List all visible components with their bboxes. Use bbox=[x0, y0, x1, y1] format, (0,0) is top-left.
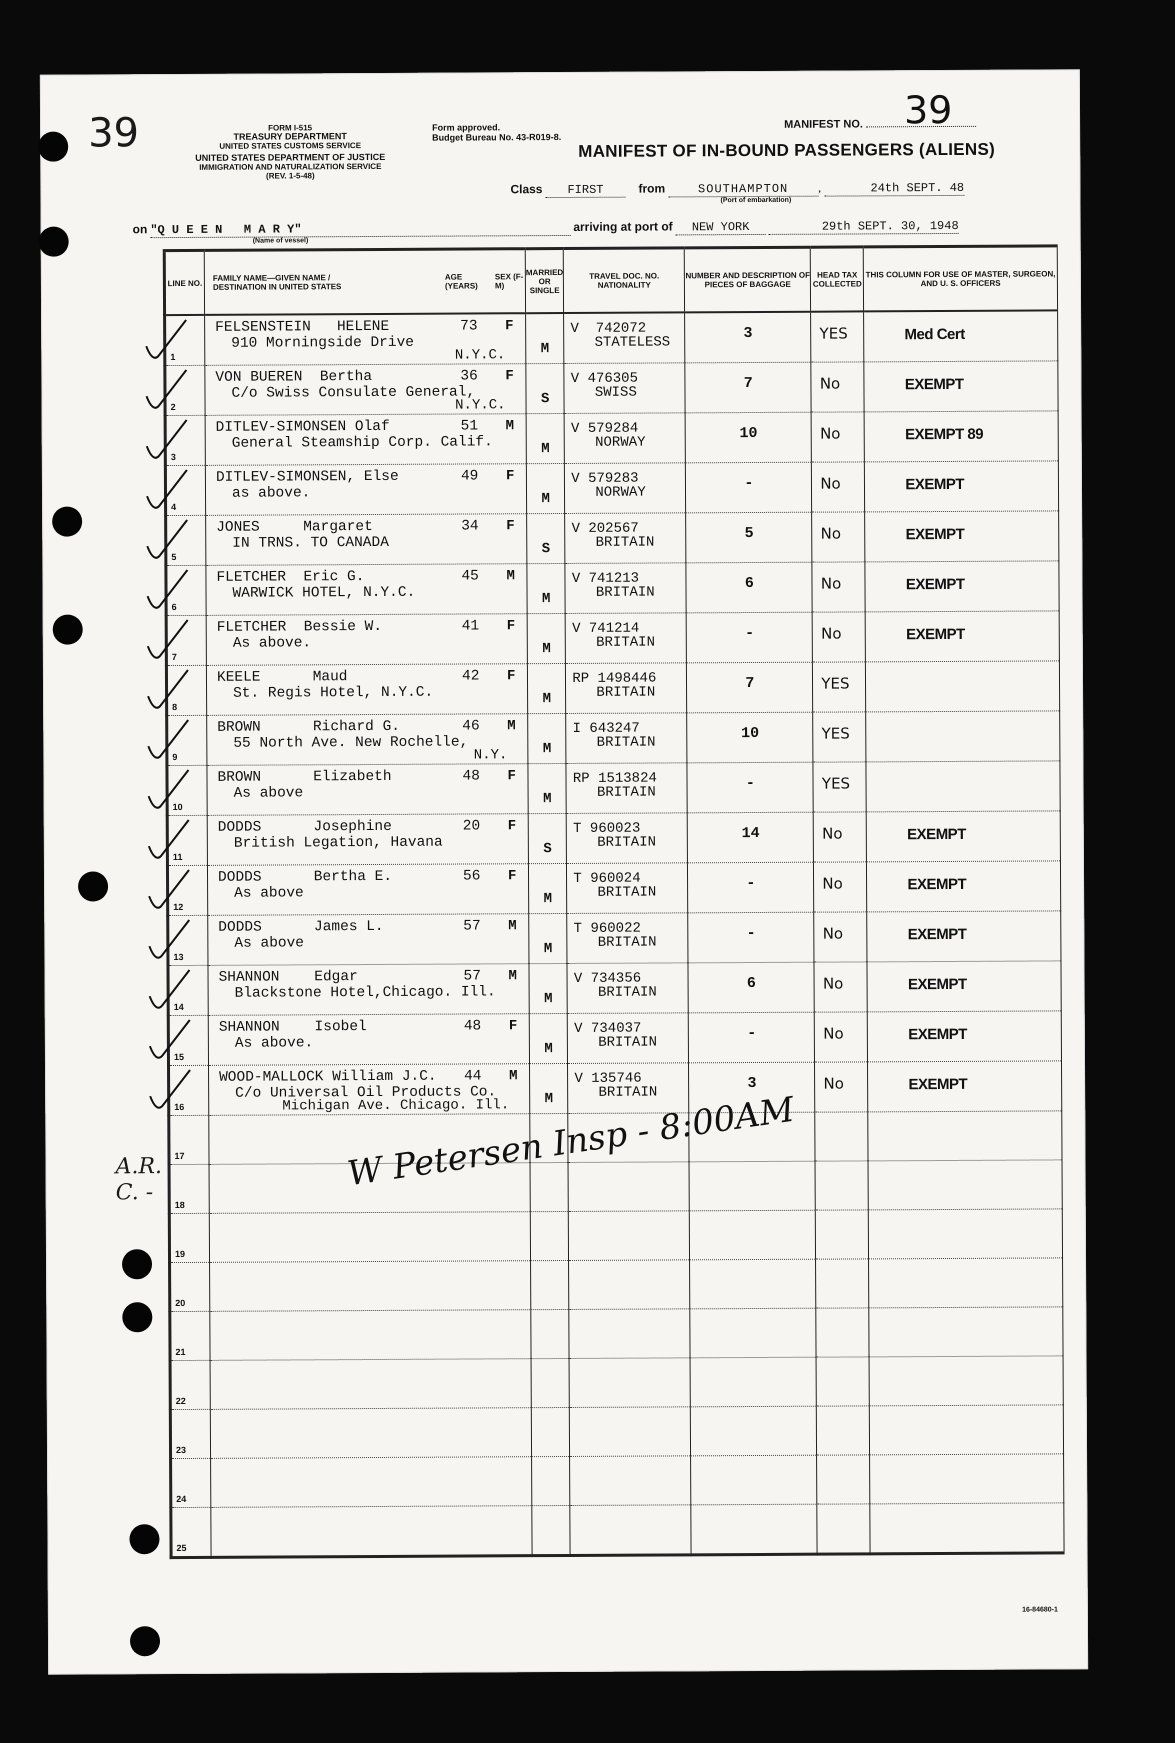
destination: General Steamship Corp. Calif. bbox=[232, 434, 493, 451]
line-number: 22 bbox=[176, 1396, 186, 1406]
line-number: 21 bbox=[175, 1347, 185, 1357]
marital-cell: S bbox=[527, 513, 566, 563]
baggage-count: 6 bbox=[687, 575, 812, 593]
empty-cell bbox=[209, 1212, 530, 1263]
doc-cell: V 742072STATELESS bbox=[564, 312, 685, 363]
head-tax: No bbox=[821, 525, 842, 543]
head-tax: YES bbox=[822, 725, 850, 743]
marital-status: M bbox=[530, 991, 567, 1007]
name-cell: DITLEV-SIMONSEN Olaf51MGeneral Steamship… bbox=[205, 414, 526, 466]
empty-cell bbox=[816, 1259, 869, 1308]
table-row: 7FLETCHER Bessie W.41FAs above.MV 741214… bbox=[166, 611, 1059, 666]
destination: Blackstone Hotel,Chicago. Ill. bbox=[235, 984, 496, 1001]
marital-status: M bbox=[528, 591, 565, 607]
officer-cell bbox=[866, 711, 1060, 762]
passenger-name: DODDS Bertha E. bbox=[218, 869, 392, 886]
line-cell: 22 bbox=[170, 1360, 210, 1409]
table-row: 14SHANNON Edgar57MBlackstone Hotel,Chica… bbox=[168, 961, 1061, 1016]
margin-number: 39 bbox=[88, 110, 139, 156]
name-cell: WOOD-MALLOCK William J.C.44MC/o Universa… bbox=[209, 1064, 530, 1116]
passenger-name: WOOD-MALLOCK William J.C. bbox=[219, 1069, 437, 1086]
baggage-cell: 10 bbox=[685, 412, 811, 463]
empty-cell bbox=[530, 1162, 569, 1211]
doc-cell: I 643247BRITAIN bbox=[566, 713, 687, 764]
baggage-cell: 14 bbox=[688, 812, 814, 863]
destination: As above. bbox=[235, 1035, 313, 1051]
destination: British Legation, Havana bbox=[234, 835, 443, 852]
baggage-cell: - bbox=[686, 462, 812, 513]
head-tax: No bbox=[820, 475, 841, 493]
destination: As above. bbox=[233, 635, 311, 651]
empty-cell bbox=[531, 1358, 570, 1407]
head-tax: No bbox=[823, 1075, 844, 1093]
officer-note: EXEMPT bbox=[905, 376, 964, 393]
officer-cell: EXEMPT bbox=[867, 811, 1061, 862]
officer-note: EXEMPT bbox=[908, 1076, 967, 1093]
tax-cell: YES bbox=[813, 712, 866, 762]
line-cell: 25 bbox=[171, 1507, 211, 1557]
tax-cell: No bbox=[814, 962, 867, 1012]
col-name-label: Family Name—Given Name / Destination in … bbox=[213, 273, 383, 292]
table-row: 5JONES Margaret34FIN TRNS. TO CANADASV 2… bbox=[166, 511, 1059, 566]
sex: M bbox=[506, 568, 514, 584]
empty-cell bbox=[568, 1162, 689, 1212]
passenger-name: DITLEV-SIMONSEN Olaf bbox=[216, 419, 390, 436]
head-tax: No bbox=[821, 575, 842, 593]
nationality: BRITAIN bbox=[598, 1036, 657, 1050]
baggage-cell: - bbox=[689, 1012, 815, 1063]
line-cell: 21 bbox=[170, 1311, 210, 1360]
doc-cell: V 741214BRITAIN bbox=[565, 613, 686, 664]
line-cell: 11 bbox=[167, 815, 207, 865]
name-cell: DODDS James L.57MAs above bbox=[208, 914, 529, 966]
empty-cell bbox=[532, 1505, 571, 1555]
line-number: 13 bbox=[173, 952, 183, 962]
name-cell: KEELE Maud42FSt. Regis Hotel, N.Y.C. bbox=[206, 664, 527, 716]
empty-cell bbox=[530, 1211, 569, 1260]
nationality: BRITAIN bbox=[598, 936, 657, 950]
empty-cell bbox=[532, 1456, 571, 1505]
empty-cell bbox=[690, 1259, 816, 1309]
table-row: 15SHANNON Isobel48FAs above.MV 734037BRI… bbox=[168, 1011, 1061, 1066]
doc-cell: V 476305SWISS bbox=[564, 363, 685, 414]
officer-note: EXEMPT bbox=[908, 976, 967, 993]
line-number: 5 bbox=[171, 552, 176, 562]
baggage-count: 7 bbox=[687, 675, 812, 693]
officer-cell: EXEMPT bbox=[867, 911, 1061, 962]
col-head-tax: Head Tax Collected bbox=[811, 247, 864, 312]
marital-status: M bbox=[528, 641, 565, 657]
line-cell: 17 bbox=[169, 1115, 209, 1164]
marital-cell: M bbox=[527, 613, 566, 663]
baggage-cell: 3 bbox=[685, 312, 811, 363]
line-number: 9 bbox=[172, 752, 177, 762]
line-cell: 10 bbox=[167, 765, 207, 815]
tax-cell: No bbox=[812, 612, 865, 662]
table-row: 9BROWN Richard G.46M55 North Ave. New Ro… bbox=[167, 711, 1060, 766]
empty-cell bbox=[817, 1406, 870, 1455]
line-cell: 13 bbox=[168, 915, 208, 965]
sex: F bbox=[508, 818, 516, 834]
passenger-name: DITLEV-SIMONSEN, Else bbox=[216, 469, 399, 486]
age: 57 bbox=[463, 918, 480, 934]
head-tax: No bbox=[823, 925, 844, 943]
nationality: BRITAIN bbox=[596, 636, 655, 650]
line-cell: 24 bbox=[171, 1458, 211, 1507]
baggage-count: 5 bbox=[687, 525, 812, 543]
officer-cell bbox=[866, 761, 1060, 812]
empty-cell bbox=[569, 1358, 690, 1408]
line-cell: 20 bbox=[170, 1262, 210, 1311]
empty-row: 25 bbox=[171, 1503, 1064, 1558]
destination: as above. bbox=[232, 485, 310, 501]
punch-hole-icon bbox=[52, 507, 82, 537]
baggage-cell: - bbox=[686, 612, 812, 663]
marital-status: M bbox=[529, 791, 566, 807]
officer-note: EXEMPT bbox=[906, 526, 965, 543]
name-cell: FLETCHER Eric G.45MWARWICK HOTEL, N.Y.C. bbox=[206, 564, 527, 616]
head-tax: YES bbox=[819, 325, 847, 343]
revision-label: (Rev. 1-5-48) bbox=[160, 171, 420, 181]
nationality: BRITAIN bbox=[597, 886, 656, 900]
doc-cell: T 960023BRITAIN bbox=[567, 813, 688, 864]
line-number: 6 bbox=[172, 602, 177, 612]
officer-cell bbox=[866, 661, 1060, 712]
line-cell: 23 bbox=[170, 1409, 210, 1458]
punch-hole-icon bbox=[129, 1524, 159, 1554]
departure-date: 24th SEPT. 48 bbox=[824, 181, 964, 197]
sex: M bbox=[507, 718, 515, 734]
empty-cell bbox=[815, 1161, 868, 1210]
arriving-label: arriving at port of bbox=[573, 219, 672, 234]
age: 51 bbox=[461, 418, 478, 434]
tax-cell: YES bbox=[813, 662, 866, 712]
officer-note: EXEMPT bbox=[907, 826, 966, 843]
officer-note: EXEMPT bbox=[905, 476, 964, 493]
sex: F bbox=[505, 368, 513, 384]
doc-cell: V 202567BRITAIN bbox=[565, 513, 686, 564]
punch-hole-icon bbox=[39, 227, 69, 257]
table-row: 8KEELE Maud42FSt. Regis Hotel, N.Y.C.MRP… bbox=[166, 661, 1059, 716]
age: 73 bbox=[460, 318, 477, 334]
sex: F bbox=[506, 518, 514, 534]
nationality: STATELESS bbox=[595, 335, 671, 349]
marital-status: S bbox=[527, 541, 564, 557]
punch-hole-icon bbox=[78, 871, 108, 901]
officer-cell: EXEMPT bbox=[865, 611, 1059, 662]
name-cell: SHANNON Isobel48FAs above. bbox=[208, 1014, 529, 1066]
line-number: 18 bbox=[175, 1200, 185, 1210]
line-number: 19 bbox=[175, 1249, 185, 1259]
line-number: 12 bbox=[173, 902, 183, 912]
empty-cell bbox=[531, 1309, 570, 1358]
table-row: 16WOOD-MALLOCK William J.C.44MC/o Univer… bbox=[169, 1061, 1062, 1116]
line-number: 20 bbox=[175, 1298, 185, 1308]
officer-cell: Med Cert bbox=[864, 310, 1058, 362]
tax-cell: No bbox=[812, 462, 865, 512]
table-row: 11DODDS Josephine20FBritish Legation, Ha… bbox=[167, 811, 1060, 866]
destination: St. Regis Hotel, N.Y.C. bbox=[233, 685, 433, 702]
age: 20 bbox=[463, 818, 480, 834]
marital-status: M bbox=[526, 341, 563, 357]
col-age-label: Age (Years) bbox=[445, 272, 485, 290]
empty-row: 20 bbox=[170, 1258, 1063, 1312]
margin-note: A.R. C. - bbox=[115, 1154, 155, 1206]
empty-cell bbox=[690, 1308, 816, 1358]
table-row: 1FELSENSTEIN HELENE73F910 Morningside Dr… bbox=[165, 310, 1058, 365]
age: 48 bbox=[462, 768, 479, 784]
tax-cell: No bbox=[814, 812, 867, 862]
passenger-name: BROWN Richard G. bbox=[217, 719, 400, 736]
sex: M bbox=[506, 418, 514, 434]
empty-cell bbox=[570, 1456, 691, 1506]
age: 42 bbox=[462, 668, 479, 684]
baggage-cell: 7 bbox=[687, 662, 813, 713]
col-travel-doc: Travel Doc. No. Nationality bbox=[564, 248, 685, 313]
manifest-no-label: MANIFEST NO. bbox=[784, 118, 863, 130]
tax-cell: YES bbox=[811, 311, 864, 362]
doc-cell: V 734356BRITAIN bbox=[567, 963, 688, 1014]
baggage-count: - bbox=[688, 875, 813, 893]
tax-cell: No bbox=[815, 1012, 868, 1062]
marital-status: M bbox=[529, 941, 566, 957]
age: 56 bbox=[463, 868, 480, 884]
marital-status: M bbox=[528, 741, 565, 757]
officer-note: EXEMPT bbox=[908, 1026, 967, 1043]
nationality: BRITAIN bbox=[596, 586, 655, 600]
sex: M bbox=[509, 1068, 517, 1084]
passenger-name: FLETCHER Bessie W. bbox=[217, 619, 382, 636]
marital-status: M bbox=[530, 1091, 567, 1107]
baggage-count: 7 bbox=[686, 375, 811, 393]
empty-cell bbox=[689, 1161, 815, 1211]
marital-status: M bbox=[527, 491, 564, 507]
empty-cell bbox=[691, 1406, 817, 1456]
col-married: Married or Single bbox=[525, 248, 564, 313]
empty-cell bbox=[210, 1261, 531, 1312]
passenger-name: FELSENSTEIN HELENE bbox=[215, 319, 389, 336]
baggage-cell: - bbox=[687, 762, 813, 813]
table-row: 3DITLEV-SIMONSEN Olaf51MGeneral Steamshi… bbox=[165, 411, 1058, 466]
empty-cell bbox=[210, 1359, 531, 1410]
baggage-count: 3 bbox=[685, 325, 810, 343]
baggage-count: 14 bbox=[688, 825, 813, 843]
line-cell: 14 bbox=[168, 965, 208, 1015]
table-row: 10BROWN Elizabeth48FAs aboveMRP 1513824B… bbox=[167, 761, 1060, 816]
tax-cell: No bbox=[814, 912, 867, 962]
empty-cell bbox=[691, 1504, 817, 1555]
table-row: 6FLETCHER Eric G.45MWARWICK HOTEL, N.Y.C… bbox=[166, 561, 1059, 616]
nationality: BRITAIN bbox=[598, 1086, 657, 1100]
line-number: 7 bbox=[172, 652, 177, 662]
line-number: 24 bbox=[176, 1494, 186, 1504]
destination: 55 North Ave. New Rochelle, bbox=[233, 734, 468, 751]
punch-hole-icon bbox=[53, 615, 83, 645]
destination: IN TRNS. TO CANADA bbox=[232, 535, 389, 552]
empty-cell bbox=[817, 1455, 870, 1504]
passenger-name: BROWN Elizabeth bbox=[217, 769, 391, 786]
officer-cell: EXEMPT bbox=[868, 1011, 1062, 1062]
doc-cell: V 579283NORWAY bbox=[565, 463, 686, 514]
baggage-count: - bbox=[688, 775, 813, 793]
baggage-count: 10 bbox=[686, 425, 811, 443]
empty-cell bbox=[531, 1260, 570, 1309]
passenger-name: KEELE Maud bbox=[217, 669, 348, 686]
destination: As above bbox=[234, 935, 304, 951]
baggage-cell: - bbox=[688, 862, 814, 913]
approved-line: Form approved. bbox=[432, 122, 561, 133]
name-cell: FELSENSTEIN HELENE73F910 Morningside Dri… bbox=[205, 313, 526, 365]
arrival-date: 29th SEPT. 30, 1948 bbox=[769, 219, 959, 235]
officer-cell: EXEMPT bbox=[868, 1061, 1062, 1112]
nationality: NORWAY bbox=[595, 486, 645, 500]
nationality: BRITAIN bbox=[597, 836, 656, 850]
class-label: Class bbox=[510, 182, 542, 196]
destination: WARWICK HOTEL, N.Y.C. bbox=[232, 585, 415, 602]
head-tax: No bbox=[823, 975, 844, 993]
empty-cell bbox=[531, 1407, 570, 1456]
head-tax: No bbox=[822, 825, 843, 843]
empty-cell bbox=[210, 1408, 531, 1459]
line-cell: 18 bbox=[169, 1164, 209, 1213]
marital-cell: M bbox=[530, 1063, 569, 1113]
manifest-number: MANIFEST NO. 39 bbox=[784, 118, 976, 131]
doc-cell: V 579284NORWAY bbox=[564, 413, 685, 464]
baggage-count: 6 bbox=[689, 975, 814, 993]
line-cell: 19 bbox=[169, 1213, 209, 1262]
name-cell: BROWN Richard G.46M55 North Ave. New Roc… bbox=[207, 714, 528, 766]
head-tax: No bbox=[823, 1025, 844, 1043]
destination-cont: N.Y.C. bbox=[455, 348, 505, 362]
empty-cell bbox=[870, 1503, 1064, 1554]
officer-cell: EXEMPT bbox=[867, 861, 1061, 912]
empty-cell bbox=[817, 1504, 870, 1554]
tax-cell: No bbox=[814, 862, 867, 912]
from-label: from bbox=[638, 181, 665, 195]
tax-cell: No bbox=[811, 362, 864, 412]
empty-row: 19 bbox=[169, 1209, 1062, 1263]
nationality: BRITAIN bbox=[596, 536, 655, 550]
age: 49 bbox=[461, 468, 478, 484]
head-tax: No bbox=[822, 875, 843, 893]
destination-cont: N.Y. bbox=[474, 748, 508, 762]
baggage-count: - bbox=[686, 475, 811, 493]
line-number: 15 bbox=[174, 1052, 184, 1062]
officer-cell: EXEMPT bbox=[865, 561, 1059, 612]
nationality: BRITAIN bbox=[597, 786, 656, 800]
vessel-name: "Q U E E N M A R Y" bbox=[150, 221, 570, 238]
head-tax: YES bbox=[821, 675, 849, 693]
doc-cell: RP 1498446BRITAIN bbox=[566, 663, 687, 714]
empty-cell bbox=[869, 1307, 1063, 1357]
name-cell: JONES Margaret34FIN TRNS. TO CANADA bbox=[206, 514, 527, 566]
empty-cell bbox=[211, 1457, 532, 1508]
name-cell: BROWN Elizabeth48FAs above bbox=[207, 764, 528, 816]
line-number: 17 bbox=[174, 1151, 184, 1161]
sex: F bbox=[505, 318, 513, 334]
name-cell: FLETCHER Bessie W.41FAs above. bbox=[206, 614, 527, 666]
class-from-line: Class FIRST from SOUTHAMPTON, 24th SEPT.… bbox=[510, 180, 964, 198]
officer-note: EXEMPT bbox=[906, 626, 965, 643]
doc-cell: T 960024BRITAIN bbox=[567, 863, 688, 914]
nationality: BRITAIN bbox=[597, 736, 656, 750]
table-row: 2VON BUEREN Bertha36FC/o Swiss Consulate… bbox=[165, 361, 1058, 416]
age: 57 bbox=[464, 968, 481, 984]
officer-cell: EXEMPT bbox=[864, 361, 1058, 412]
punch-hole-icon bbox=[122, 1302, 152, 1332]
budget-line: Budget Bureau No. 43-R019-8. bbox=[432, 132, 561, 143]
officer-cell: EXEMPT bbox=[867, 961, 1061, 1012]
passenger-table: Line No. Family Name—Given Name / Destin… bbox=[163, 244, 1065, 1559]
marital-cell: M bbox=[529, 963, 568, 1013]
empty-cell bbox=[816, 1357, 869, 1406]
empty-cell bbox=[691, 1455, 817, 1505]
line-number: 14 bbox=[174, 1002, 184, 1012]
baggage-cell: 6 bbox=[686, 562, 812, 613]
line-cell: 7 bbox=[166, 615, 206, 665]
line-number: 25 bbox=[177, 1543, 187, 1553]
empty-row: 23 bbox=[170, 1405, 1063, 1459]
marital-cell: S bbox=[526, 363, 565, 413]
marital-status: S bbox=[526, 391, 563, 407]
empty-row: 18 bbox=[169, 1160, 1062, 1214]
tax-cell: No bbox=[812, 562, 865, 612]
tax-cell: YES bbox=[813, 762, 866, 812]
officer-note: Med Cert bbox=[904, 326, 964, 343]
class-value: FIRST bbox=[545, 183, 625, 198]
line-cell: 9 bbox=[167, 715, 207, 765]
empty-row: 21 bbox=[170, 1307, 1063, 1361]
col-baggage: Number and Description of Pieces of Bagg… bbox=[685, 247, 811, 312]
officer-note: EXEMPT bbox=[908, 926, 967, 943]
line-number: 3 bbox=[171, 452, 176, 462]
destination: As above bbox=[234, 785, 304, 801]
table-row: 13DODDS James L.57MAs aboveMT 960022BRIT… bbox=[168, 911, 1061, 966]
empty-cell bbox=[869, 1356, 1063, 1406]
age: 48 bbox=[464, 1018, 481, 1034]
name-cell: VON BUEREN Bertha36FC/o Swiss Consulate … bbox=[205, 364, 526, 416]
col-name: Family Name—Given Name / Destination in … bbox=[204, 249, 525, 315]
column-header-row: Line No. Family Name—Given Name / Destin… bbox=[164, 246, 1057, 315]
empty-cell bbox=[690, 1357, 816, 1407]
line-cell: 4 bbox=[165, 465, 205, 515]
passenger-name: SHANNON Edgar bbox=[219, 969, 358, 986]
tax-cell: No bbox=[815, 1062, 868, 1112]
destination-cont: N.Y.C. bbox=[455, 398, 505, 412]
marital-status: M bbox=[530, 1041, 567, 1057]
empty-cell bbox=[570, 1505, 691, 1556]
marital-cell: M bbox=[526, 313, 565, 364]
sex: F bbox=[507, 668, 515, 684]
passenger-name: SHANNON Isobel bbox=[219, 1019, 367, 1036]
destination: C/o Swiss Consulate General, bbox=[231, 384, 475, 401]
sex: M bbox=[509, 968, 517, 984]
line-number: 1 bbox=[170, 352, 175, 362]
customs-label: UNITED STATES CUSTOMS SERVICE bbox=[160, 141, 420, 151]
line-number: 10 bbox=[173, 802, 183, 812]
officer-cell: EXEMPT bbox=[865, 461, 1059, 512]
passenger-name: JONES Margaret bbox=[216, 519, 373, 536]
marital-cell: M bbox=[529, 913, 568, 963]
marital-cell: M bbox=[529, 1013, 568, 1063]
destination: 910 Morningside Drive bbox=[231, 335, 414, 352]
head-tax: No bbox=[821, 625, 842, 643]
doc-cell: V 734037BRITAIN bbox=[568, 1013, 689, 1064]
empty-cell bbox=[569, 1309, 690, 1359]
sex: F bbox=[507, 768, 515, 784]
line-number: 16 bbox=[174, 1102, 184, 1112]
vessel-arrival-line: on "Q U E E N M A R Y" arriving at port … bbox=[133, 218, 959, 238]
